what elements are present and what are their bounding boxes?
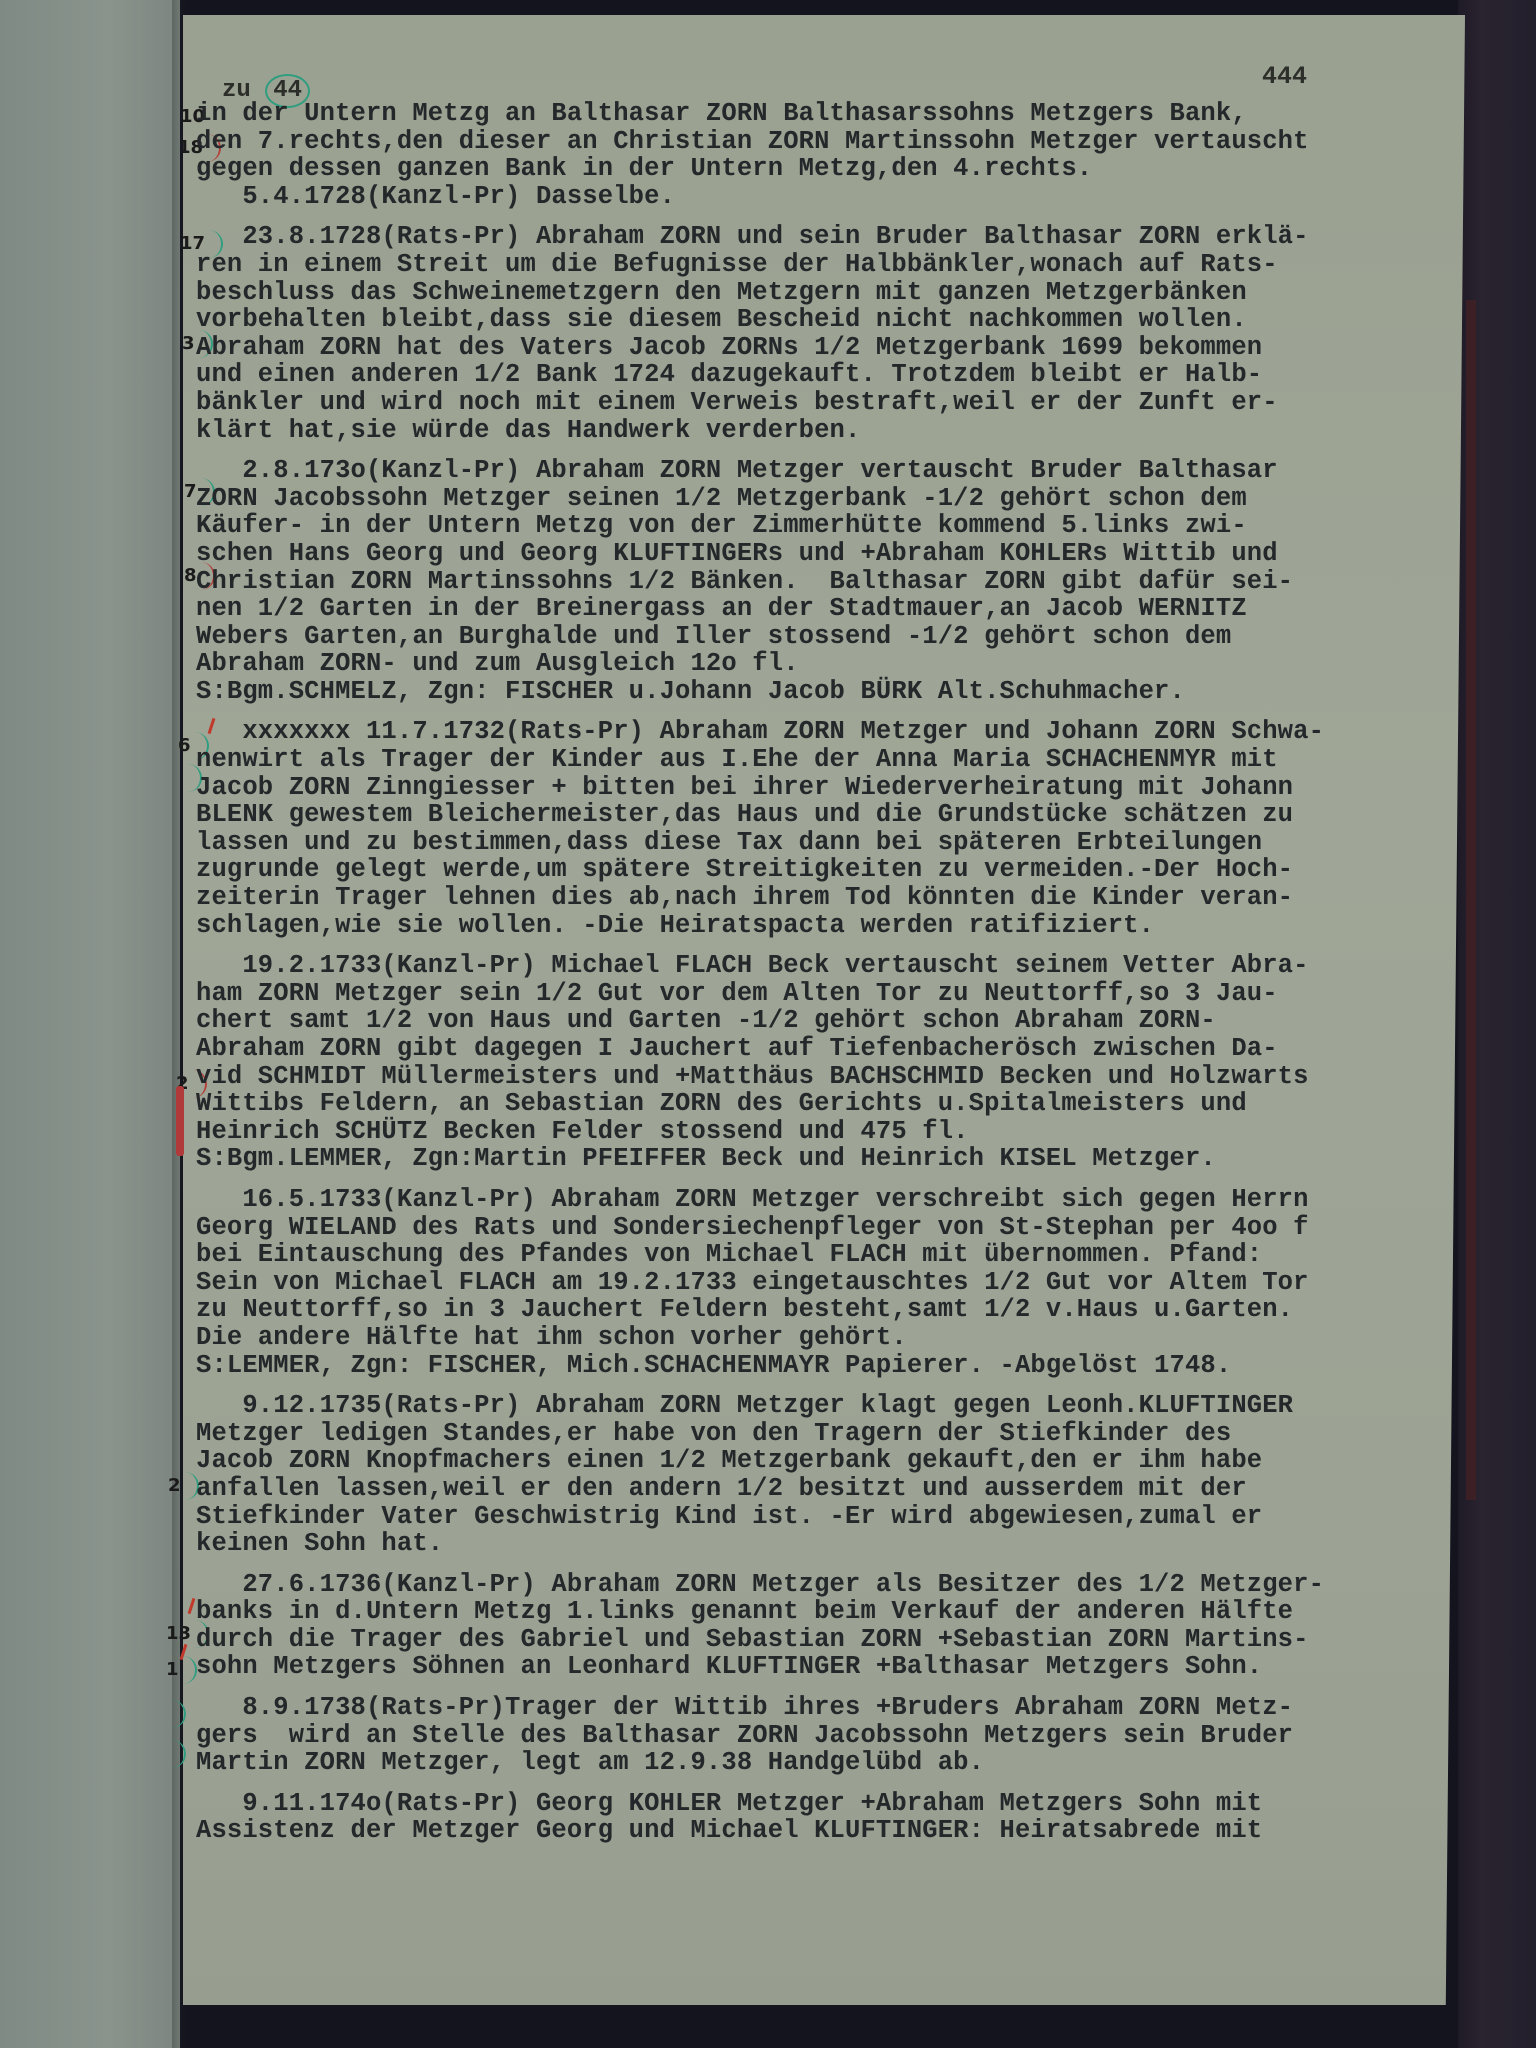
text-line: vid SCHMIDT Müllermeisters und +Matthäus… [196, 1063, 1486, 1091]
margin-note: 2 [168, 1472, 199, 1500]
record-entry: 23.8.1728(Rats-Pr) Abraham ZORN und sein… [196, 223, 1486, 444]
text-line: Metzger ledigen Standes,er habe von den … [196, 1420, 1486, 1448]
text-line: 19.2.1733(Kanzl-Pr) Michael FLACH Beck v… [196, 952, 1486, 980]
red-ink-mark [176, 1086, 184, 1156]
text-line: 9.11.174o(Rats-Pr) Georg KOHLER Metzger … [196, 1790, 1486, 1818]
text-line: lassen und zu bestimmen,dass diese Tax d… [196, 829, 1486, 857]
text-line: in der Untern Metzg an Balthasar ZORN Ba… [196, 100, 1486, 128]
text-line: Abraham ZORN- und zum Ausgleich 12o fl. [196, 650, 1486, 678]
margin-note: 1 [166, 1656, 197, 1684]
text-line: zu Neuttorff,so in 3 Jauchert Feldern be… [196, 1296, 1486, 1324]
text-line: klärt hat,sie würde das Handwerk verderb… [196, 417, 1486, 445]
text-line: banks in d.Untern Metzg 1.links genannt … [196, 1598, 1486, 1626]
text-line: S:Bgm.LEMMER, Zgn:Martin PFEIFFER Beck u… [196, 1145, 1486, 1173]
record-entry: 9.11.174o(Rats-Pr) Georg KOHLER Metzger … [196, 1790, 1486, 1845]
text-line: Christian ZORN Martinssohns 1/2 Bänken. … [196, 568, 1486, 596]
facing-left-page [0, 0, 180, 2048]
text-line: 23.8.1728(Rats-Pr) Abraham ZORN und sein… [196, 223, 1486, 251]
typewritten-body: in der Untern Metzg an Balthasar ZORN Ba… [196, 100, 1486, 1858]
text-line: schen Hans Georg und Georg KLUFTINGERs u… [196, 540, 1486, 568]
text-line: Sein von Michael FLACH am 19.2.1733 eing… [196, 1269, 1486, 1297]
text-line: Die andere Hälfte hat ihm schon vorher g… [196, 1324, 1486, 1352]
text-line: Wittibs Feldern, an Sebastian ZORN des G… [196, 1090, 1486, 1118]
text-line: 5.4.1728(Kanzl-Pr) Dasselbe. [196, 183, 1486, 211]
text-line: Assistenz der Metzger Georg und Michael … [196, 1817, 1486, 1845]
record-entry: 16.5.1733(Kanzl-Pr) Abraham ZORN Metzger… [196, 1186, 1486, 1379]
text-line: Heinrich SCHÜTZ Becken Felder stossend u… [196, 1118, 1486, 1146]
record-entry: xxxxxxx 11.7.1732(Rats-Pr) Abraham ZORN … [196, 718, 1486, 939]
margin-circle-mark [170, 1700, 186, 1728]
text-line: 27.6.1736(Kanzl-Pr) Abraham ZORN Metzger… [196, 1571, 1486, 1599]
text-line: ren in einem Streit um die Befugnisse de… [196, 251, 1486, 279]
text-line: 9.12.1735(Rats-Pr) Abraham ZORN Metzger … [196, 1392, 1486, 1420]
text-line: Georg WIELAND des Rats und Sondersiechen… [196, 1214, 1486, 1242]
text-line: und einen anderen 1/2 Bank 1724 dazugeka… [196, 361, 1486, 389]
text-line: zeiterin Trager lehnen dies ab,nach ihre… [196, 884, 1486, 912]
text-line: bei Eintauschung des Pfandes von Michael… [196, 1241, 1486, 1269]
text-line: keinen Sohn hat. [196, 1530, 1486, 1558]
page-number: 444 [1262, 62, 1307, 91]
record-entry: 27.6.1736(Kanzl-Pr) Abraham ZORN Metzger… [196, 1571, 1486, 1681]
text-line: chert samt 1/2 von Haus und Garten -1/2 … [196, 1007, 1486, 1035]
text-line: nenwirt als Trager der Kinder aus I.Ehe … [196, 746, 1486, 774]
text-line: Abraham ZORN hat des Vaters Jacob ZORNs … [196, 334, 1486, 362]
text-line: sohn Metzgers Söhnen an Leonhard KLUFTIN… [196, 1653, 1486, 1681]
record-entry: 19.2.1733(Kanzl-Pr) Michael FLACH Beck v… [196, 952, 1486, 1173]
text-line: gers wird an Stelle des Balthasar ZORN J… [196, 1722, 1486, 1750]
text-line: Jacob ZORN Knopfmachers einen 1/2 Metzge… [196, 1447, 1486, 1475]
margin-circle-mark [181, 1656, 197, 1684]
text-line: vorbehalten bleibt,dass sie diesem Besch… [196, 306, 1486, 334]
text-line: 16.5.1733(Kanzl-Pr) Abraham ZORN Metzger… [196, 1186, 1486, 1214]
margin-circle-mark [170, 1740, 186, 1768]
text-line: anfallen lassen,weil er den andern 1/2 b… [196, 1475, 1486, 1503]
record-entry: 9.12.1735(Rats-Pr) Abraham ZORN Metzger … [196, 1392, 1486, 1558]
text-line: 8.9.1738(Rats-Pr)Trager der Wittib ihres… [196, 1694, 1486, 1722]
text-line: Martin ZORN Metzger, legt am 12.9.38 Han… [196, 1749, 1486, 1777]
text-line: durch die Trager des Gabriel und Sebasti… [196, 1626, 1486, 1654]
margin-note [168, 1700, 186, 1728]
text-line: den 7.rechts,den dieser an Christian ZOR… [196, 128, 1486, 156]
margin-note [168, 1740, 186, 1768]
text-line: zugrunde gelegt werde,um spätere Streiti… [196, 856, 1486, 884]
text-line: Käufer- in der Untern Metzg von der Zimm… [196, 512, 1486, 540]
text-line: Webers Garten,an Burghalde und Iller sto… [196, 623, 1486, 651]
text-line: Jacob ZORN Zinngiesser + bitten bei ihre… [196, 774, 1486, 802]
record-entry: 2.8.173o(Kanzl-Pr) Abraham ZORN Metzger … [196, 457, 1486, 705]
text-line: xxxxxxx 11.7.1732(Rats-Pr) Abraham ZORN … [196, 718, 1486, 746]
text-line: S:Bgm.SCHMELZ, Zgn: FISCHER u.Johann Jac… [196, 678, 1486, 706]
text-line: schlagen,wie sie wollen. -Die Heiratspac… [196, 912, 1486, 940]
text-line: gegen dessen ganzen Bank in der Untern M… [196, 155, 1486, 183]
text-line: ham ZORN Metzger sein 1/2 Gut vor dem Al… [196, 980, 1486, 1008]
text-line: nen 1/2 Garten in der Breinergass an der… [196, 595, 1486, 623]
text-line: beschluss das Schweinemetzgern den Metzg… [196, 279, 1486, 307]
text-line: Abraham ZORN gibt dagegen I Jauchert auf… [196, 1035, 1486, 1063]
text-line: Stiefkinder Vater Geschwistrig Kind ist.… [196, 1503, 1486, 1531]
text-line: ZORN Jacobssohn Metzger seinen 1/2 Metzg… [196, 485, 1486, 513]
text-line: S:LEMMER, Zgn: FISCHER, Mich.SCHACHENMAY… [196, 1352, 1486, 1380]
record-entry: in der Untern Metzg an Balthasar ZORN Ba… [196, 100, 1486, 210]
text-line: bänkler und wird noch mit einem Verweis … [196, 389, 1486, 417]
text-line: 2.8.173o(Kanzl-Pr) Abraham ZORN Metzger … [196, 457, 1486, 485]
record-entry: 8.9.1738(Rats-Pr)Trager der Wittib ihres… [196, 1694, 1486, 1777]
text-line: BLENK gewestem Bleichermeister,das Haus … [196, 801, 1486, 829]
